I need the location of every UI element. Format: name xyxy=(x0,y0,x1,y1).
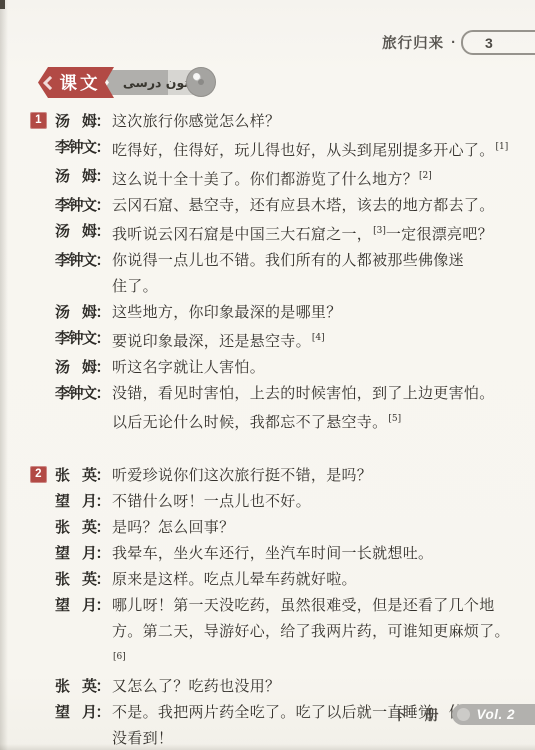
dialogue-text: 是吗？怎么回事？ xyxy=(112,518,234,536)
dialogue-text: 听这名字就让人害怕。 xyxy=(112,358,265,376)
footnote-marker: [1] xyxy=(496,142,509,152)
speaker-name: 李钟文： xyxy=(55,380,109,406)
speaker-name: 望 月： xyxy=(55,488,109,514)
dialogue-text: 这次旅行你感觉怎么样？ xyxy=(112,112,280,130)
dialogue-text: 这些地方，你印象最深的是哪里？ xyxy=(112,303,342,321)
speaker-name: 李钟文： xyxy=(55,192,109,218)
dialogue-block: 1汤 姆：这次旅行你感觉怎么样？李钟文：吃得好，住得好，玩儿得也好，从头到尾别提… xyxy=(30,108,517,435)
volume-label: 下 册 xyxy=(392,705,440,725)
footnote-marker: [2] xyxy=(419,171,432,181)
footnote-marker: [3] xyxy=(373,226,386,236)
page-number-pill: 3 xyxy=(461,30,535,55)
speaker-name: 张 英： xyxy=(55,462,109,488)
dialogue-line: 望 月：不错什么呀！一点儿也不好。 xyxy=(55,488,517,514)
dialogue-line: 汤 姆：听这名字就让人害怕。 xyxy=(55,354,517,380)
page-left-shadow xyxy=(0,0,8,750)
speaker-name: 李钟文： xyxy=(55,134,109,160)
speaker-name: 汤 姆： xyxy=(55,163,109,189)
page-header: 旅行归来 · 3 xyxy=(382,30,535,55)
dialogue-line: 汤 姆：这么说十全十美了。你们都游览了什么地方？[2] xyxy=(55,163,517,192)
dialogue-text: 我晕车，坐火车还行，坐汽车时间一长就想吐。 xyxy=(112,544,433,562)
dialogue-text: 没错，看见时害怕，上去的时候害怕，到了上边更害怕。以后无论什么时候，我都忘不了悬… xyxy=(112,384,495,431)
dialogue-line: 望 月：哪儿呀！第一天没吃药，虽然很难受，但是还看了几个地方。第二天，导游好心，… xyxy=(55,592,517,673)
section-label-badge: 课文 xyxy=(38,67,114,98)
dialogue-text: 听爱珍说你们这次旅行挺不错，是吗？ xyxy=(112,466,372,484)
speaker-name: 李钟文： xyxy=(55,325,109,351)
volume-dot-icon xyxy=(457,708,470,721)
cd-icon xyxy=(186,67,216,97)
section-banner: متون درسی 课文 xyxy=(38,67,216,98)
footnote-marker: [4] xyxy=(312,333,325,343)
footnote-marker: [5] xyxy=(388,414,401,424)
chapter-title: 旅行归来 xyxy=(382,32,444,53)
dialogue-text: 我听说云冈石窟是中国三大石窟之一，[3]一定很漂亮吧？ xyxy=(112,225,493,243)
dialogue-text: 不错什么呀！一点儿也不好。 xyxy=(112,492,311,510)
dialogue-line: 望 月：我晕车，坐火车还行，坐汽车时间一长就想吐。 xyxy=(55,540,517,566)
dialogue-line: 汤 姆：这次旅行你感觉怎么样？ xyxy=(55,108,517,134)
dialogue-text: 又怎么了？吃药也没用？ xyxy=(112,677,280,695)
speaker-name: 望 月： xyxy=(55,699,109,725)
page-number: 3 xyxy=(463,35,493,51)
dialogue-text: 哪儿呀！第一天没吃药，虽然很难受，但是还看了几个地方。第二天，导游好心，给了我两… xyxy=(112,596,510,669)
speaker-name: 李钟文： xyxy=(55,247,109,273)
dialogue-line: 张 英：听爱珍说你们这次旅行挺不错，是吗？ xyxy=(55,462,517,488)
dialogue-line: 李钟文：你说得一点儿也不错。我们所有的人都被那些佛像迷住了。 xyxy=(55,247,517,299)
dialogue-text: 要说印象最深，还是悬空寺。[4] xyxy=(112,332,325,350)
dialogue-text: 原来是这样。吃点儿晕车药就好啦。 xyxy=(112,570,357,588)
speaker-name: 汤 姆： xyxy=(55,108,109,134)
dialogue-line: 李钟文：要说印象最深，还是悬空寺。[4] xyxy=(55,325,517,354)
dialogue-text: 吃得好，住得好，玩儿得也好，从头到尾别提多开心了。[1] xyxy=(112,141,508,159)
footnote-marker: [6] xyxy=(113,652,126,662)
dialogue-line: 李钟文：没错，看见时害怕，上去的时候害怕，到了上边更害怕。以后无论什么时候，我都… xyxy=(55,380,517,435)
speaker-name: 汤 姆： xyxy=(55,218,109,244)
volume-number: Vol. 2 xyxy=(476,707,515,722)
speaker-name: 张 英： xyxy=(55,566,109,592)
dialogue-number-badge: 2 xyxy=(30,466,47,483)
dialogue-line: 汤 姆：我听说云冈石窟是中国三大石窟之一，[3]一定很漂亮吧？ xyxy=(55,218,517,247)
scan-corner-mark xyxy=(0,0,5,9)
page-footer: 下 册 Vol. 2 xyxy=(392,704,535,725)
dialogue-line: 李钟文：吃得好，住得好，玩儿得也好，从头到尾别提多开心了。[1] xyxy=(55,134,517,163)
speaker-name: 张 英： xyxy=(55,514,109,540)
header-separator: · xyxy=(451,35,457,51)
dialogue-content: 1汤 姆：这次旅行你感觉怎么样？李钟文：吃得好，住得好，玩儿得也好，从头到尾别提… xyxy=(30,108,517,750)
dialogue-text: 这么说十全十美了。你们都游览了什么地方？[2] xyxy=(112,170,432,188)
dialogue-line: 张 英：又怎么了？吃药也没用？ xyxy=(55,673,517,699)
speaker-name: 望 月： xyxy=(55,592,109,618)
speaker-name: 望 月： xyxy=(55,540,109,566)
dialogue-number-badge: 1 xyxy=(30,112,47,129)
dialogue-text: 云冈石窟、悬空寺，还有应县木塔，该去的地方都去了。 xyxy=(112,196,495,214)
dialogue-line: 汤 姆：这些地方，你印象最深的是哪里？ xyxy=(55,299,517,325)
speaker-name: 张 英： xyxy=(55,673,109,699)
speaker-name: 汤 姆： xyxy=(55,354,109,380)
dialogue-line: 张 英：是吗？怎么回事？ xyxy=(55,514,517,540)
dialogue-text: 你说得一点儿也不错。我们所有的人都被那些佛像迷住了。 xyxy=(112,251,464,295)
volume-badge: Vol. 2 xyxy=(452,704,535,725)
section-label-text: 课文 xyxy=(52,70,101,95)
dialogue-line: 张 英：原来是这样。吃点儿晕车药就好啦。 xyxy=(55,566,517,592)
speaker-name: 汤 姆： xyxy=(55,299,109,325)
dialogue-line: 李钟文：云冈石窟、悬空寺，还有应县木塔，该去的地方都去了。 xyxy=(55,192,517,218)
